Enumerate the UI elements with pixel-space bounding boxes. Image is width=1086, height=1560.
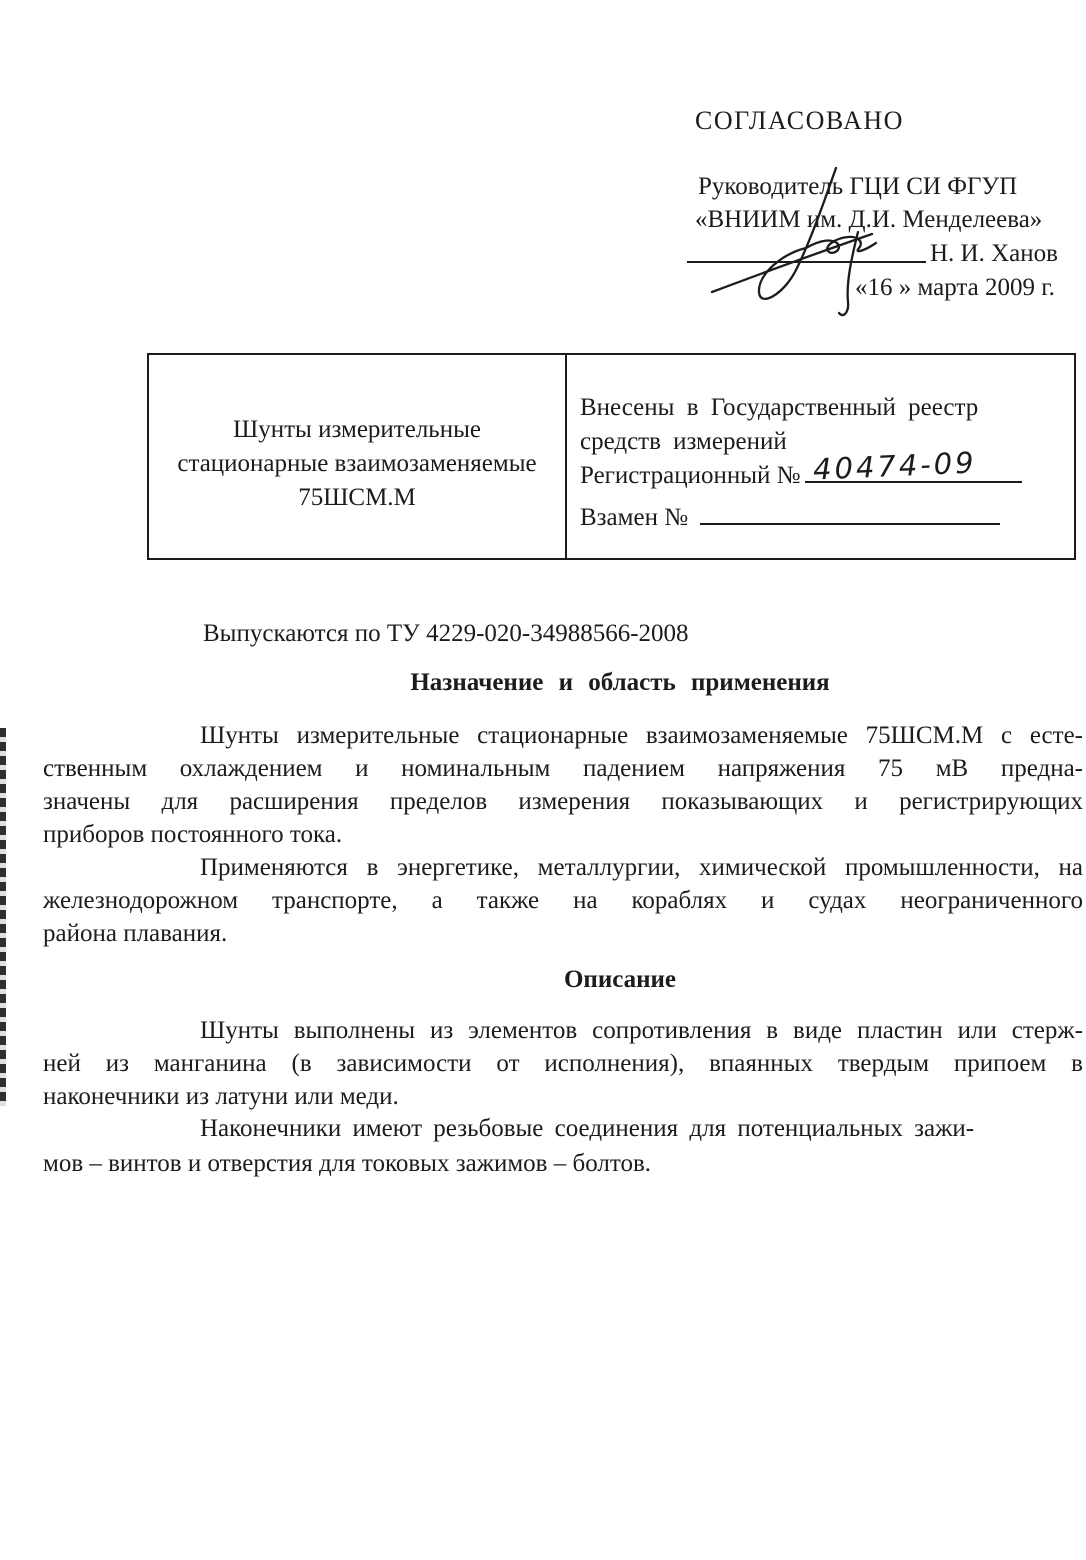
- paragraph-line: Шунты измерительные стационарные взаимоз…: [43, 719, 1083, 752]
- issued-per-tu-line: Выпускаются по ТУ 4229-020-34988566-2008: [203, 617, 689, 650]
- paragraph-line: ственным охлаждением и номинальным паден…: [43, 752, 1083, 785]
- product-line: 75ШСМ.М: [298, 481, 416, 515]
- scanned-document-page: СОГЛАСОВАНО Руководитель ГЦИ СИ ФГУП «ВН…: [0, 0, 1086, 1560]
- reg-number-label: Регистрационный №: [580, 462, 801, 489]
- replace-number-blank: [700, 523, 1000, 525]
- paragraph-line: железнодорожном транспорте, а также на к…: [43, 884, 1083, 917]
- paragraph-line: мов – винтов и отверстия для токовых заж…: [43, 1146, 1083, 1181]
- description-paragraph-2: Наконечники имеют резьбовые соединения д…: [43, 1111, 1083, 1181]
- replace-label: Взамен №: [580, 504, 688, 531]
- registry-table: Шунты измерительные стационарные взаимоз…: [147, 353, 1076, 560]
- signature-scribble-icon: [660, 150, 920, 330]
- paragraph-line: ней из манганина (в зависимости от испол…: [43, 1047, 1083, 1080]
- reg-number-blank: 40474-09: [805, 481, 1022, 483]
- section-heading-description: Описание: [155, 963, 1085, 996]
- paragraph-line: значены для расширения пределов измерени…: [43, 785, 1083, 818]
- paragraph-line: приборов постоянного тока.: [43, 818, 1083, 851]
- approval-title: СОГЛАСОВАНО: [695, 106, 904, 136]
- paragraph-line: Шунты выполнены из элементов сопротивлен…: [43, 1014, 1083, 1047]
- paragraph-line: Наконечники имеют резьбовые соединения д…: [43, 1111, 1083, 1146]
- scan-edge-artifact: [0, 728, 6, 1106]
- replace-number-row: Взамен №: [580, 501, 1062, 535]
- reg-number-row: Регистрационный №40474-09: [580, 459, 1062, 493]
- paragraph-line: района плавания.: [43, 917, 1083, 950]
- signer-name: Н. И. Ханов: [930, 237, 1058, 270]
- product-line: Шунты измерительные: [233, 413, 481, 447]
- description-paragraph-1: Шунты выполнены из элементов сопротивлен…: [43, 1014, 1083, 1113]
- product-name-cell: Шунты измерительные стационарные взаимоз…: [149, 355, 567, 558]
- section-heading-purpose: Назначение и область применения: [155, 666, 1085, 699]
- paragraph-line: Применяются в энергетике, металлургии, х…: [43, 851, 1083, 884]
- product-line: стационарные взаимозаменяемые: [177, 447, 536, 481]
- purpose-paragraph-2: Применяются в энергетике, металлургии, х…: [43, 851, 1083, 950]
- registry-entry-line1: Внесены в Государственный реестр: [580, 391, 1062, 425]
- registry-entry-cell: Внесены в Государственный реестр средств…: [567, 355, 1074, 558]
- purpose-paragraph-1: Шунты измерительные стационарные взаимоз…: [43, 719, 1083, 851]
- reg-number-handwritten: 40474-09: [812, 445, 977, 486]
- paragraph-line: наконечники из латуни или меди.: [43, 1080, 1083, 1113]
